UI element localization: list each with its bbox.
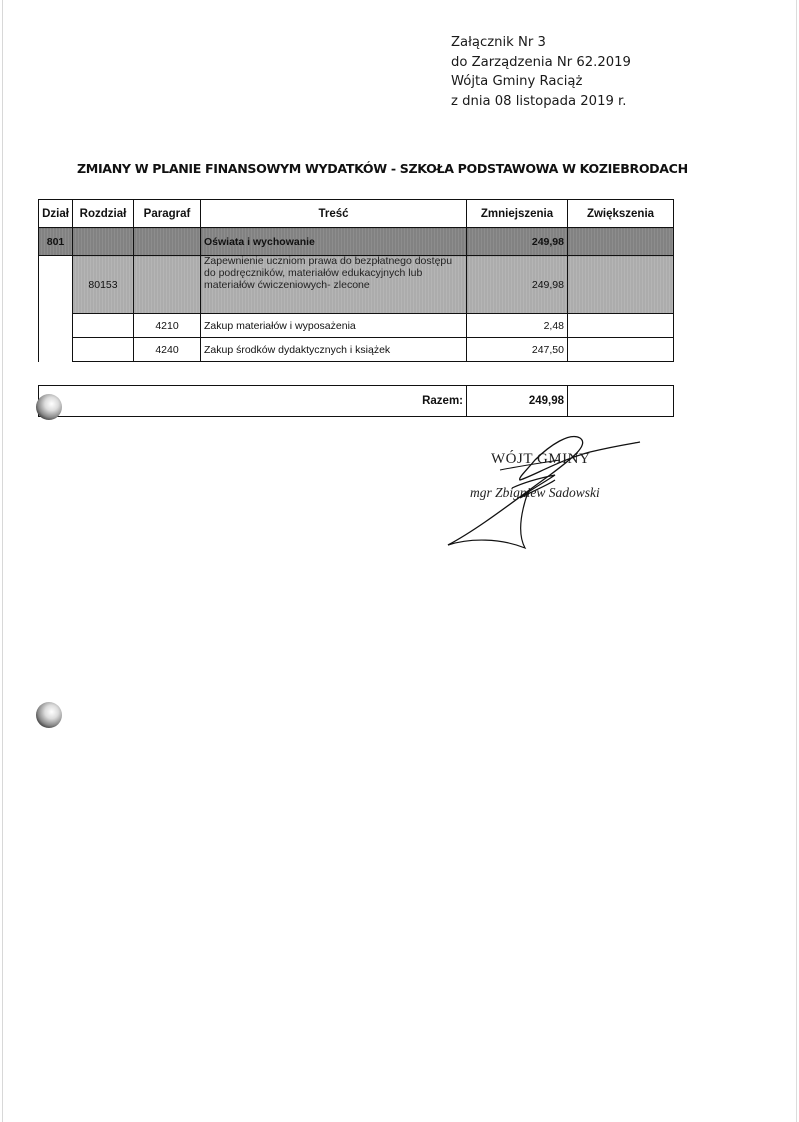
cell-zmniejszenia: 2,48 [467, 314, 568, 338]
cell-rozdzial [73, 228, 134, 256]
column-header-paragraf: Paragraf [134, 200, 201, 228]
total-table: Razem: 249,98 [38, 385, 674, 417]
table-row-paragraf: 4210 Zakup materiałów i wyposażenia 2,48 [39, 314, 674, 338]
document-title: ZMIANY W PLANIE FINANSOWYM WYDATKÓW - SZ… [77, 161, 647, 176]
cell-rozdzial: 80153 [73, 256, 134, 314]
column-header-tresc: Treść [201, 200, 467, 228]
table-header-row: Dział Rozdział Paragraf Treść Zmniejszen… [39, 200, 674, 228]
cell-tresc: Zakup materiałów i wyposażenia [201, 314, 467, 338]
attachment-line: do Zarządzenia Nr 62.2019 [451, 53, 631, 73]
cell-tresc: Zakup środków dydaktycznych i książek [201, 338, 467, 362]
cell-zwiekszenia [568, 314, 674, 338]
table-row-paragraf: 4240 Zakup środków dydaktycznych i książ… [39, 338, 674, 362]
page-edge [2, 0, 3, 1122]
cell-paragraf: 4210 [134, 314, 201, 338]
total-row: Razem: 249,98 [39, 386, 674, 417]
cell-rozdzial [73, 314, 134, 338]
page-edge [796, 0, 797, 1122]
cell-dzial: 801 [39, 228, 73, 256]
attachment-note: Załącznik Nr 3 do Zarządzenia Nr 62.2019… [451, 33, 631, 111]
handwritten-signature-icon [440, 430, 660, 555]
attachment-line: Załącznik Nr 3 [451, 33, 631, 53]
attachment-line: z dnia 08 listopada 2019 r. [451, 92, 631, 112]
cell-rozdzial [73, 338, 134, 362]
total-label: Razem: [39, 386, 467, 417]
column-header-rozdzial: Rozdział [73, 200, 134, 228]
cell-paragraf: 4240 [134, 338, 201, 362]
cell-tresc: Oświata i wychowanie [201, 228, 467, 256]
cell-zmniejszenia: 249,98 [467, 256, 568, 314]
total-zmniejszenia: 249,98 [467, 386, 568, 417]
cell-zmniejszenia: 247,50 [467, 338, 568, 362]
cell-tresc: Zapewnienie uczniom prawa do bezpłatnego… [201, 256, 467, 314]
column-header-zmniejszenia: Zmniejszenia [467, 200, 568, 228]
attachment-line: Wójta Gminy Raciąż [451, 72, 631, 92]
cell-zmniejszenia: 249,98 [467, 228, 568, 256]
column-header-dzial: Dział [39, 200, 73, 228]
cell-paragraf [134, 228, 201, 256]
punch-hole-icon [36, 702, 62, 728]
table-row-dzial: 801 Oświata i wychowanie 249,98 [39, 228, 674, 256]
punch-hole-icon [36, 394, 62, 420]
cell-zwiekszenia [568, 256, 674, 314]
financial-plan-table: Dział Rozdział Paragraf Treść Zmniejszen… [38, 199, 674, 362]
cell-paragraf [134, 256, 201, 314]
cell-zwiekszenia [568, 338, 674, 362]
total-zwiekszenia [568, 386, 674, 417]
cell-dzial [39, 256, 73, 362]
cell-zwiekszenia [568, 228, 674, 256]
column-header-zwiekszenia: Zwiększenia [568, 200, 674, 228]
table-row-rozdzial: 80153 Zapewnienie uczniom prawa do bezpł… [39, 256, 674, 314]
